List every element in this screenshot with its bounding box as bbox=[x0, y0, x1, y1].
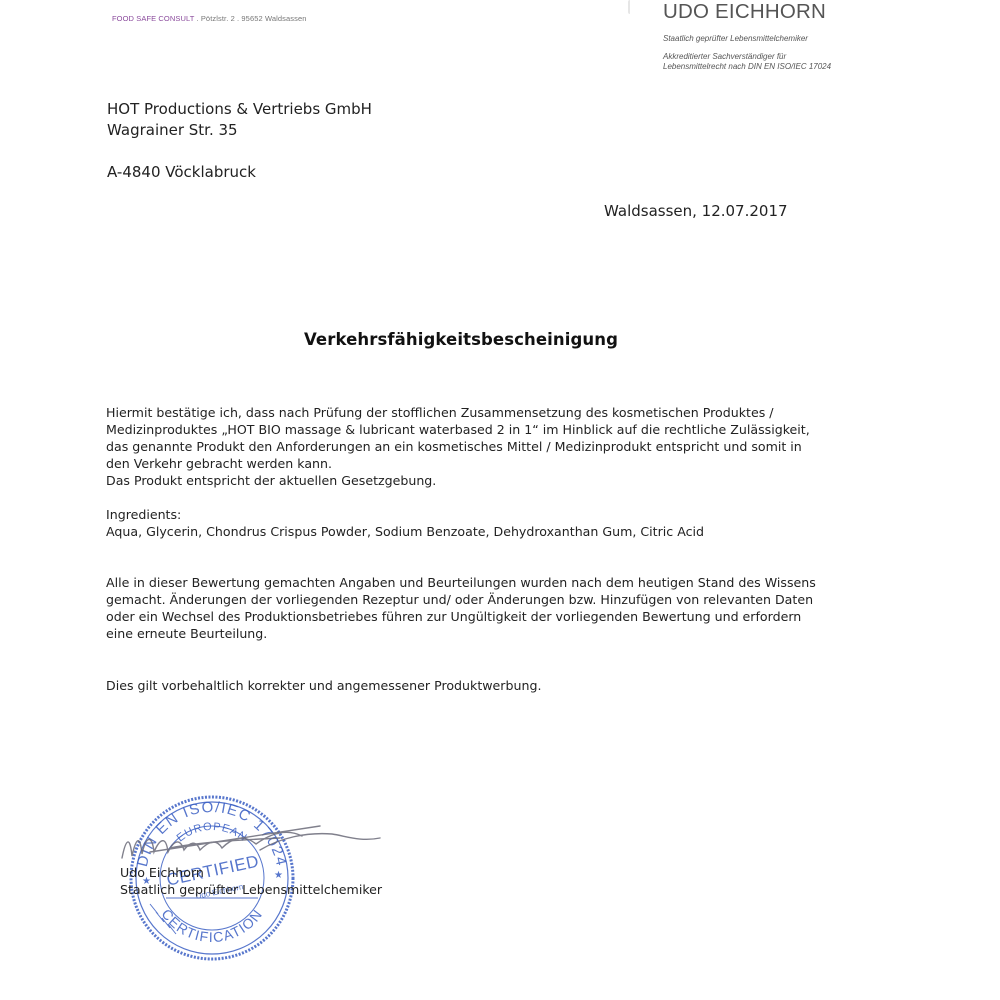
text-line: oder ein Wechsel des Produktionsbetriebe… bbox=[106, 608, 836, 625]
text-line: Medizinproduktes „HOT BIO massage & lubr… bbox=[106, 421, 836, 438]
signature-block: Udo Eichhorn Staatlich geprüfter Lebensm… bbox=[120, 864, 382, 898]
text-line: den Verkehr gebracht werden kann. bbox=[106, 455, 836, 472]
decorative-mark bbox=[628, 0, 634, 14]
text-line: Hiermit bestätige ich, dass nach Prüfung… bbox=[106, 404, 836, 421]
recipient-street: Wagrainer Str. 35 bbox=[107, 120, 372, 141]
place-date: Waldsassen, 12.07.2017 bbox=[604, 202, 788, 220]
confirmation-paragraph: Hiermit bestätige ich, dass nach Prüfung… bbox=[106, 404, 836, 489]
ingredients-section: Ingredients: Aqua, Glycerin, Chondrus Cr… bbox=[106, 506, 836, 540]
letterhead-accreditation-line2: Lebensmittelrecht nach DIN EN ISO/IEC 17… bbox=[663, 62, 831, 72]
recipient-address: HOT Productions & Vertriebs GmbH Wagrain… bbox=[107, 99, 372, 183]
letterhead-accreditation-line1: Akkreditierter Sachverständiger für bbox=[663, 52, 831, 62]
stamp-bottom-arc: CERTIFICATION bbox=[158, 906, 265, 945]
ingredients-label: Ingredients: bbox=[106, 506, 836, 523]
ingredients-list: Aqua, Glycerin, Chondrus Crispus Powder,… bbox=[106, 523, 836, 540]
text-line: gemacht. Änderungen der vorliegenden Rez… bbox=[106, 591, 836, 608]
recipient-city: A-4840 Vöcklabruck bbox=[107, 162, 372, 183]
text-line: das genannte Produkt den Anforderungen a… bbox=[106, 438, 836, 455]
signer-name: Udo Eichhorn bbox=[120, 864, 382, 881]
text-line: eine erneute Beurteilung. bbox=[106, 625, 836, 642]
signer-role: Staatlich geprüfter Lebensmittelchemiker bbox=[120, 881, 382, 898]
letterhead: UDO EICHHORN Staatlich geprüfter Lebensm… bbox=[663, 0, 831, 72]
svg-text:CERTIFICATION: CERTIFICATION bbox=[158, 906, 265, 945]
letterhead-name: UDO EICHHORN bbox=[663, 0, 831, 24]
advertising-note: Dies gilt vorbehaltlich korrekter und an… bbox=[106, 677, 836, 694]
letterhead-subtitle: Staatlich geprüfter Lebensmittelchemiker bbox=[663, 34, 831, 44]
recipient-company: HOT Productions & Vertriebs GmbH bbox=[107, 99, 372, 120]
sender-address-line: FOOD SAFE CONSULT . Pötzlstr. 2 . 95652 … bbox=[112, 14, 307, 23]
document-title: Verkehrsfähigkeitsbescheinigung bbox=[0, 330, 922, 349]
text-line: Das Produkt entspricht der aktuellen Ges… bbox=[106, 472, 836, 489]
disclaimer-paragraph: Alle in dieser Bewertung gemachten Angab… bbox=[106, 574, 836, 642]
sender-address: . Pötzlstr. 2 . 95652 Waldsassen bbox=[194, 14, 306, 23]
text-line: Alle in dieser Bewertung gemachten Angab… bbox=[106, 574, 836, 591]
sender-brand: FOOD SAFE CONSULT bbox=[112, 14, 194, 23]
